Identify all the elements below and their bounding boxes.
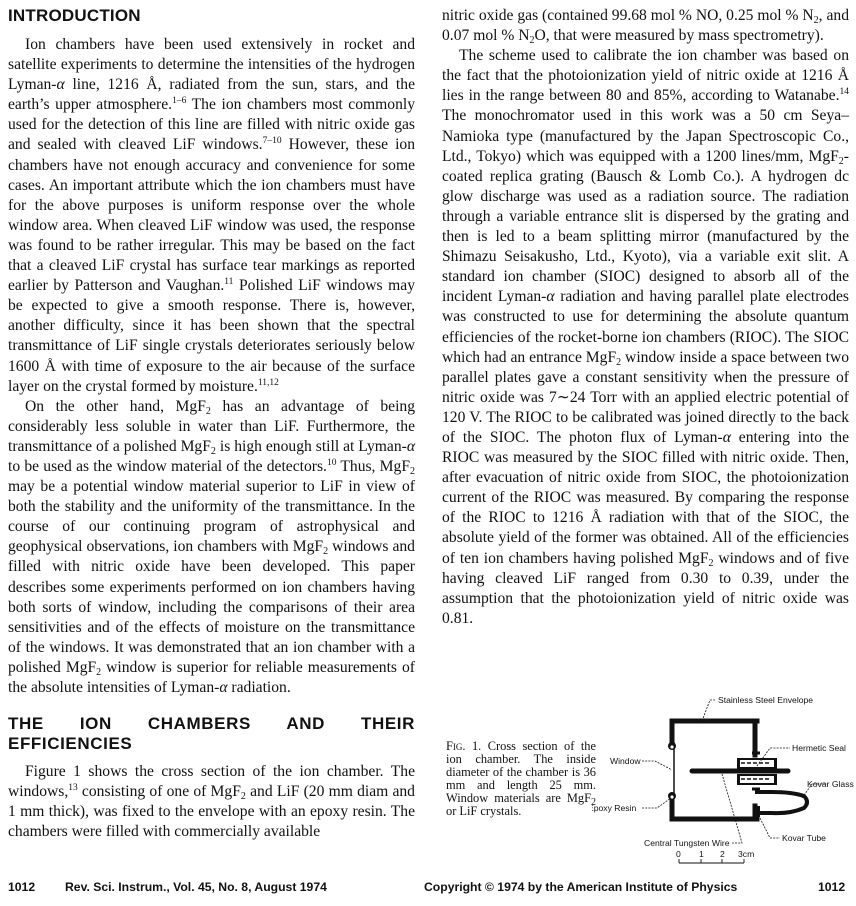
- page-footer: 1012 Rev. Sci. Instrum., Vol. 45, No. 8,…: [0, 880, 856, 900]
- reference-superscript: 14: [840, 87, 850, 97]
- label-stainless-steel-envelope: Stainless Steel Envelope: [718, 695, 813, 705]
- text: nitric oxide gas (contained 99.68 mol % …: [442, 7, 814, 24]
- paragraph-chambers-1: Figure 1 shows the cross section of the …: [8, 762, 415, 842]
- label-central-tungsten-wire: Central Tungsten Wire: [644, 838, 730, 848]
- subscript: 2: [410, 466, 415, 477]
- paragraph-gas-composition: nitric oxide gas (contained 99.68 mol % …: [442, 6, 849, 46]
- label-hermetic-seal: Hermetic Seal: [792, 743, 846, 753]
- paragraph-intro-1: Ion chambers have been used extensively …: [8, 35, 415, 397]
- journal-citation: Rev. Sci. Instrum., Vol. 45, No. 8, Augu…: [65, 880, 327, 894]
- reference-superscript: 10: [327, 458, 337, 468]
- reference-superscript: 7–10: [263, 136, 282, 146]
- alpha-symbol: α: [57, 76, 65, 93]
- text: The scheme used to calibrate the ion cha…: [442, 47, 849, 104]
- paragraph-intro-2: On the other hand, MgF2 has an advantage…: [8, 397, 415, 698]
- alpha-symbol: α: [219, 679, 227, 696]
- section-heading-ion-chambers: THE ION CHAMBERS AND THEIR EFFICIENCIES: [8, 714, 415, 754]
- label-window: Window: [610, 756, 641, 766]
- scale-tick-3cm: 3cm: [738, 849, 754, 859]
- text: On the other hand, MgF: [25, 398, 206, 415]
- text: radiation.: [228, 679, 291, 696]
- text: However, these ion chambers have not eno…: [8, 136, 415, 294]
- text: to be used as the window material of the…: [8, 458, 327, 475]
- text: O, that were measured by mass spectromet…: [535, 27, 824, 44]
- text: windows and filled with nitric oxide hav…: [8, 538, 415, 676]
- text: is high enough still at Lyman-: [216, 438, 407, 455]
- right-column: nitric oxide gas (contained 99.68 mol % …: [442, 6, 849, 629]
- page-number-left: 1012: [8, 880, 35, 894]
- copyright-notice: Copyright © 1974 by the American Institu…: [424, 880, 737, 894]
- section-heading-introduction: INTRODUCTION: [8, 6, 415, 26]
- reference-superscript: 11,12: [258, 378, 279, 388]
- page-number-right: 1012: [818, 880, 845, 894]
- scale-tick-0: 0: [676, 849, 681, 859]
- paragraph-calibration-scheme: The scheme used to calibrate the ion cha…: [442, 46, 849, 629]
- ion-chamber-cross-section-diagram: Stainless Steel Envelope Hermetic Seal W…: [592, 688, 856, 870]
- text: The monochromator used in this work was …: [442, 107, 849, 164]
- figure-1: Fig. 1. Cross section of the ion chamber…: [442, 688, 856, 868]
- text: consisting of one of MgF: [78, 783, 241, 800]
- figure-label: Fig. 1.: [446, 739, 481, 753]
- label-epoxy-resin: Epoxy Resin: [592, 803, 636, 813]
- alpha-symbol: α: [723, 429, 731, 446]
- text: Thus, MgF: [336, 458, 410, 475]
- scale-tick-1: 1: [699, 849, 704, 859]
- kovar-glass-shape: [755, 792, 807, 813]
- alpha-symbol: α: [546, 288, 554, 305]
- left-column: INTRODUCTION Ion chambers have been used…: [8, 0, 415, 842]
- scale-bar: 0 1 2 3cm: [676, 849, 754, 863]
- reference-superscript: 13: [68, 783, 78, 793]
- text: Polished LiF windows may be expected to …: [8, 277, 415, 394]
- alpha-symbol: α: [407, 438, 415, 455]
- label-kovar-glass: Kovar Glass: [807, 779, 854, 789]
- scale-tick-2: 2: [720, 849, 725, 859]
- reference-superscript: 1–6: [172, 96, 186, 106]
- figure-caption: Fig. 1. Cross section of the ion chamber…: [446, 740, 596, 818]
- text: or LiF crystals.: [446, 804, 521, 818]
- text: entering into the RIOC was measured by t…: [442, 429, 849, 567]
- text: -coated replica grating (Bausch & Lomb C…: [442, 148, 849, 306]
- label-kovar-tube: Kovar Tube: [782, 833, 826, 843]
